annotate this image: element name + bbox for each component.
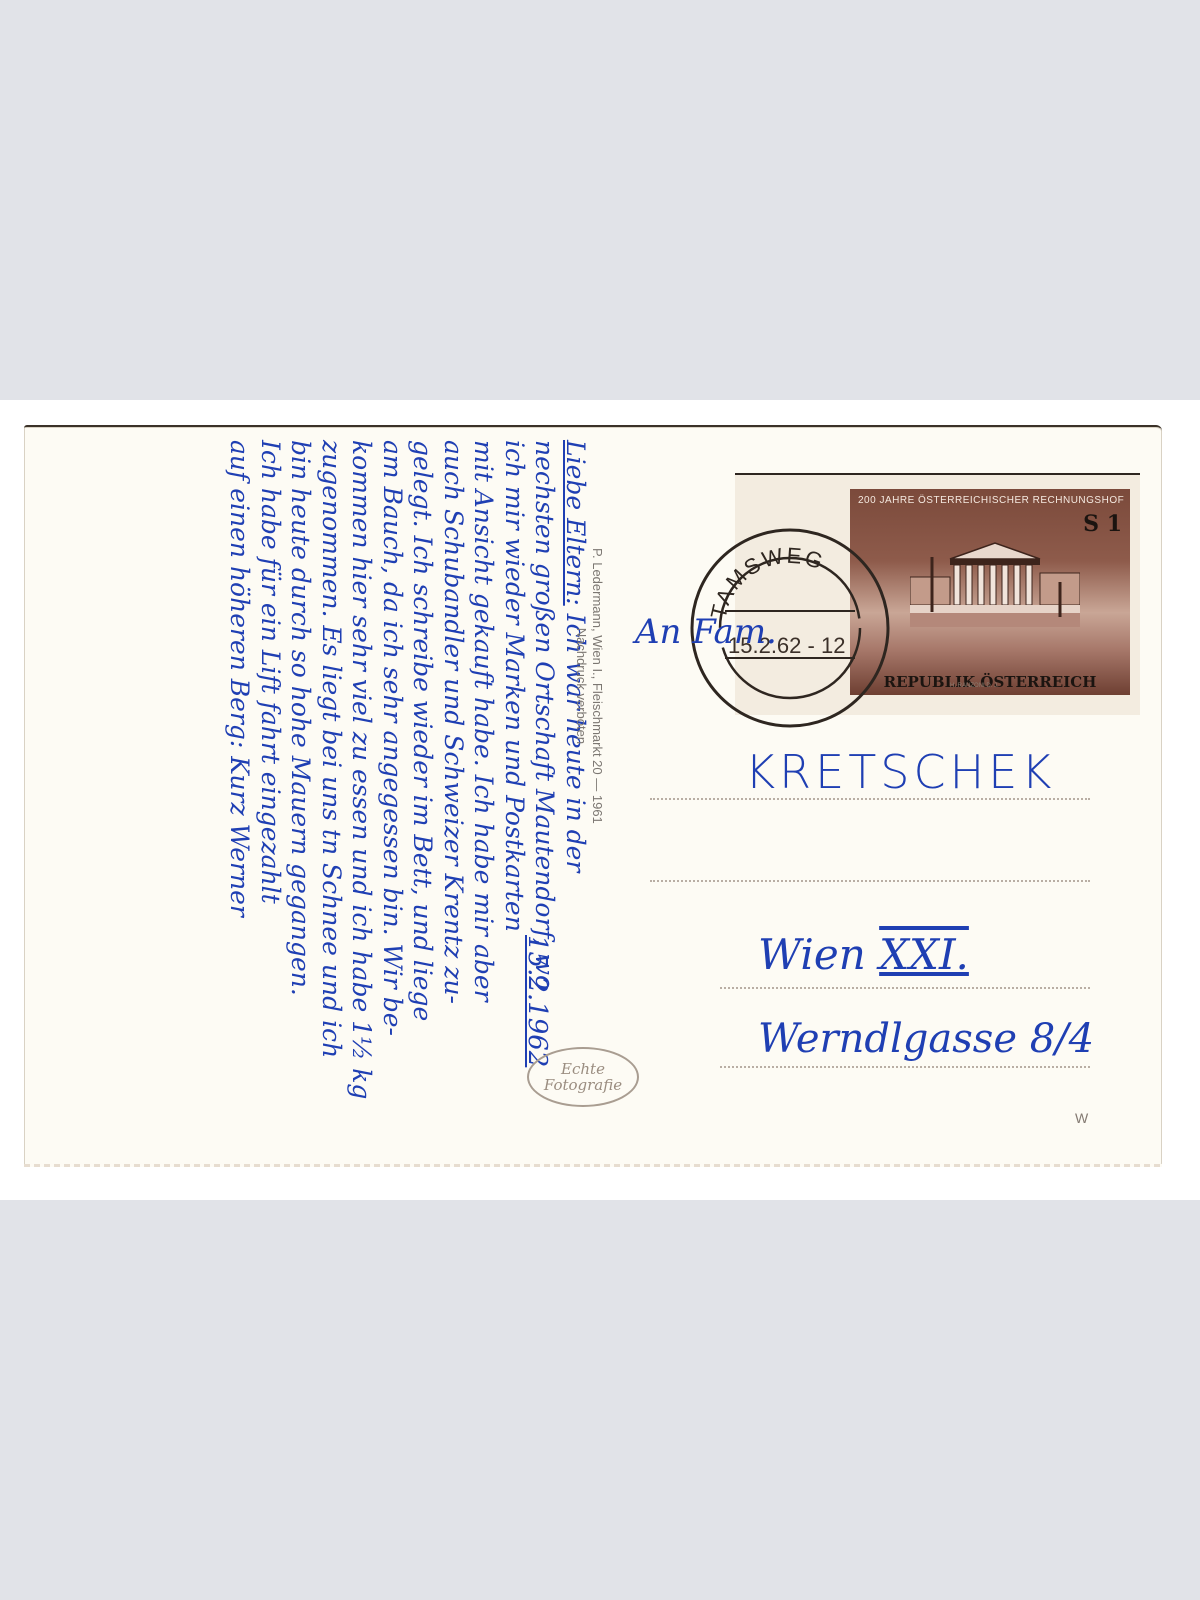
message-line: bin heute durch so hohe Mauern gegangen. bbox=[285, 440, 316, 1160]
parliament-building-icon bbox=[910, 537, 1080, 627]
message-line: am Bauch, da ich sehr angegessen bin. Wi… bbox=[377, 440, 408, 1160]
stamp-top-text: 200 JAHRE ÖSTERREICHISCHER RECHNUNGSHOF bbox=[858, 495, 1124, 506]
address-city: Wien XXI. bbox=[758, 930, 969, 979]
corner-mark: W bbox=[1075, 1110, 1088, 1126]
message-line: auch Schubandler und Schweizer Krentz zu… bbox=[438, 440, 469, 1160]
message-line: Ich habe für ein Lift fahrt eingezahlt bbox=[255, 440, 286, 1160]
message-line: gelegt. Ich schreibe wieder im Bett, und… bbox=[407, 440, 438, 1160]
address-salutation: An Fam. bbox=[635, 612, 777, 652]
address-city-name: Wien bbox=[758, 930, 866, 979]
photo-seal: Echte Fotografie bbox=[527, 1047, 639, 1107]
imprint-line-1: P. Ledermann, Wien I., Fleischmarkt 20 —… bbox=[589, 548, 605, 824]
message-line: auf einen höheren Berg: Kurz Werner bbox=[224, 440, 255, 1160]
imprint-line-2: Nachdruck verboten bbox=[573, 548, 589, 824]
address-line-rule bbox=[720, 987, 1090, 989]
message-area: Liebe Eltern: Ich war heute in der nechs… bbox=[30, 440, 590, 1160]
message-line: mit Ansicht gekauft habe. Ich habe mir a… bbox=[468, 440, 499, 1160]
message-date: 15.2.1962 bbox=[522, 935, 552, 1067]
address-street: Werndlgasse 8/4 bbox=[758, 1016, 1094, 1062]
message-line: zugenommen. Es liegt bei uns tn Schnee u… bbox=[316, 440, 347, 1160]
address-name: KRETSCHEK bbox=[745, 745, 1055, 799]
stamp-value: S 1 bbox=[1083, 511, 1122, 537]
message-line: kommen hier sehr viel zu essen und ich h… bbox=[346, 440, 377, 1160]
address-district: XXI. bbox=[879, 930, 969, 979]
address-line-rule bbox=[650, 880, 1090, 882]
address-line-rule bbox=[650, 798, 1090, 800]
publisher-imprint: P. Ledermann, Wien I., Fleischmarkt 20 —… bbox=[573, 548, 605, 824]
address-line-rule bbox=[720, 1066, 1090, 1068]
stamp-engraver: H. RANZONI D. J. bbox=[950, 683, 999, 689]
handwritten-message: Liebe Eltern: Ich war heute in der nechs… bbox=[30, 440, 590, 1160]
